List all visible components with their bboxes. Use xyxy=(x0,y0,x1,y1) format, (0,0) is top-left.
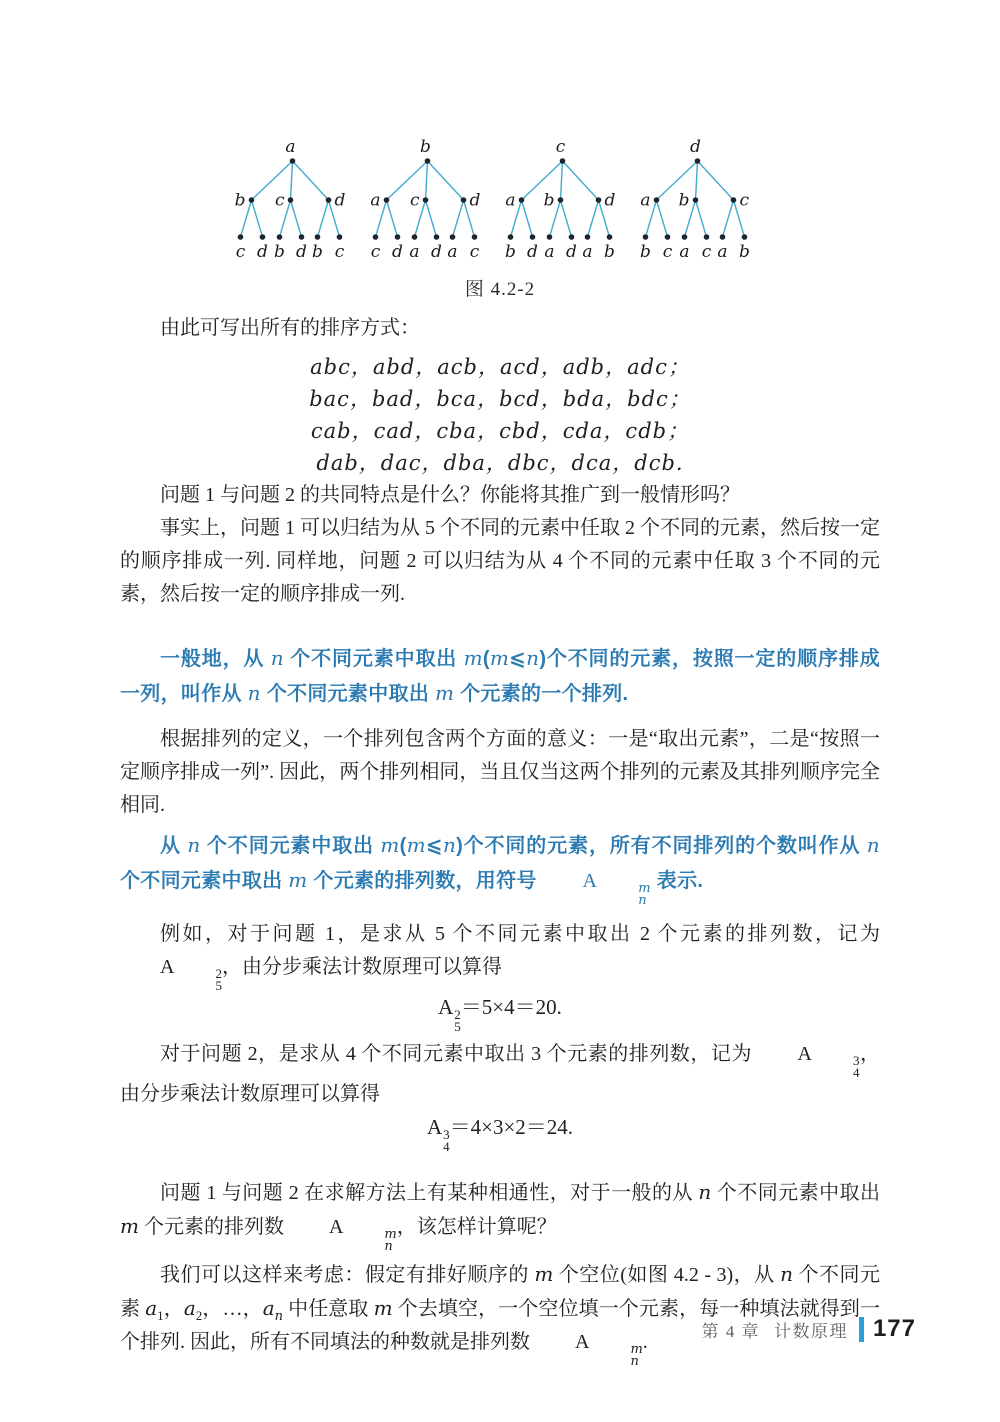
node-label: d xyxy=(566,242,577,262)
node-label: b xyxy=(544,191,555,211)
math-var: n xyxy=(443,833,456,857)
math-var: n xyxy=(248,681,261,705)
math-var: m xyxy=(435,681,454,705)
math-var: m xyxy=(490,646,509,670)
definition-permutation: 一般地，从 n 个不同元素中取出 m(m⩽n)个不同的元素，按照一定的顺序排成一… xyxy=(120,641,880,711)
math-var: m xyxy=(120,1214,139,1238)
page-content: 由此可写出所有的排序方式：abc，abd，acb，acd，adb，adc；bac… xyxy=(120,312,880,1367)
perm-row-2: bac，bad，bca，bcd，bda，bdc； xyxy=(120,383,880,415)
textbook-page: abcdcbddbcbacdcaddaccabdbaddabdabcbaccab… xyxy=(0,0,1000,1422)
formula-a43: A34＝4×3×2＝24. xyxy=(120,1111,880,1152)
text-run: 由此可写出所有的排序方式： xyxy=(160,317,420,339)
tree-nodes xyxy=(508,158,613,240)
node-label: b xyxy=(235,191,246,211)
tree-nodes xyxy=(373,158,478,240)
node-label: b xyxy=(420,138,431,157)
para-consider: 我们可以这样来考虑：假定有排好顺序的 m 个空位(如图 4.2 - 3)，从 n… xyxy=(120,1258,880,1367)
node-label: a xyxy=(640,191,650,211)
math-var: n xyxy=(867,833,880,857)
text-run: 个元素的排列数 xyxy=(139,1216,289,1238)
math-var-subscripted: an xyxy=(263,1298,283,1320)
perm-row-3: cab，cad，cba，cbd，cda，cdb； xyxy=(120,415,880,447)
text-run: 例如，对于问题 1，是求从 5 个不同元素中取出 2 个元素的排列数，记为 xyxy=(160,923,880,945)
text-run: 个元素的排列数，用符号 xyxy=(308,870,543,892)
perm-row-4: dab，dac，dba，dbc，dca，dcb. xyxy=(120,447,880,479)
node-label: d xyxy=(431,242,442,262)
node-label: b xyxy=(274,242,285,262)
node-label: a xyxy=(717,242,727,262)
text-run: 个不同元素中取出 xyxy=(201,835,381,857)
math-var: n xyxy=(780,1262,793,1286)
intro-line: 由此可写出所有的排序方式： xyxy=(120,312,880,345)
text-run: 个元素的一个排列. xyxy=(454,683,628,705)
node-label: a xyxy=(544,242,554,262)
node-label: c xyxy=(236,242,246,262)
node-label: c xyxy=(275,191,285,211)
math-permutation-symbol: A34 xyxy=(427,1111,450,1152)
para-fact: 事实上，问题 1 可以归结为从 5 个不同的元素中任取 2 个不同的元素，然后按… xyxy=(120,512,880,611)
node-label: c xyxy=(371,242,381,262)
text-run: ＝4×3×2＝24. xyxy=(450,1115,573,1139)
math-var-subscripted: a1 xyxy=(145,1298,163,1320)
text-run: 个空位(如图 4.2 - 3)，从 xyxy=(553,1264,780,1286)
math-var: n xyxy=(698,1180,711,1204)
math-permutation-symbol: A25 xyxy=(438,991,461,1032)
figure-caption: 图 4.2-2 xyxy=(0,274,1000,301)
node-label: c xyxy=(470,242,480,262)
para-example1: 例如，对于问题 1，是求从 5 个不同元素中取出 2 个元素的排列数，记为 A2… xyxy=(120,918,880,991)
text-run: 个不同元素中取出 xyxy=(261,683,435,705)
text-run: ＝5×4＝20. xyxy=(461,995,562,1019)
text-run: 一般地，从 xyxy=(160,648,271,670)
formula-a52: A25＝5×4＝20. xyxy=(120,991,880,1032)
text-run: 个不同元素中取出 xyxy=(711,1182,880,1204)
node-label: c xyxy=(740,191,750,211)
math-var: m xyxy=(288,868,307,892)
text-run: 表示. xyxy=(651,870,703,892)
math-var: cab，cad，cba，cbd，cda，cdb； xyxy=(311,419,689,443)
node-label: d xyxy=(257,242,268,262)
footer-divider-bar xyxy=(859,1317,864,1342)
math-permutation-symbol: Amn xyxy=(543,864,651,906)
tree-rooted-d: dabcbaccab xyxy=(640,138,750,262)
math-var: bac，bad，bca，bcd，bda，bdc； xyxy=(309,387,691,411)
tree-nodes xyxy=(643,158,748,240)
node-label: d xyxy=(605,191,616,211)
text-run: ⩽ xyxy=(509,648,526,670)
node-label: b xyxy=(505,242,516,262)
math-var-subscripted: a2 xyxy=(184,1298,202,1320)
math-permutation-symbol: A34 xyxy=(758,1038,860,1078)
node-label: a xyxy=(409,242,419,262)
para-meaning: 根据排列的定义，一个排列包含两个方面的意义：一是“取出元素”，二是“按照一定顺序… xyxy=(120,723,880,822)
node-label: c xyxy=(410,191,420,211)
footer-section-title: 计数原理 xyxy=(774,1317,848,1342)
para-commonality: 问题 1 与问题 2 在求解方法上有某种相通性，对于一般的从 n 个不同元素中取… xyxy=(120,1176,880,1252)
node-label: b xyxy=(312,242,323,262)
math-var: m xyxy=(464,646,483,670)
text-run: . xyxy=(643,1331,648,1353)
text-run: 事实上，问题 1 可以归结为从 5 个不同的元素中任取 2 个不同的元素，然后按… xyxy=(120,517,880,605)
node-label: a xyxy=(679,242,689,262)
text-run: 问题 1 与问题 2 的共同特点是什么？你能将其推广到一般情形吗？ xyxy=(160,484,740,506)
figure-4-2-2-trees: abcdcbddbcbacdcaddaccabdbaddabdabcbaccab xyxy=(225,138,765,266)
node-label: d xyxy=(335,191,346,211)
node-label: b xyxy=(604,242,615,262)
node-label: c xyxy=(335,242,345,262)
footer-chapter: 第 4 章 xyxy=(701,1317,760,1342)
math-permutation-symbol: Amn xyxy=(535,1326,643,1367)
node-label: c xyxy=(556,138,566,157)
text-run: 我们可以这样来考虑：假定有排好顺序的 xyxy=(160,1264,534,1286)
text-run: ，该怎样计算呢？ xyxy=(397,1216,557,1238)
math-var: n xyxy=(526,646,539,670)
math-var: abc，abd，acb，acd，adb，adc； xyxy=(310,355,690,379)
tree-nodes xyxy=(238,158,343,240)
text-run: 中任意取 xyxy=(283,1298,374,1320)
text-run: 对于问题 2，是求从 4 个不同元素中取出 3 个元素的排列数，记为 xyxy=(160,1043,758,1065)
perm-row-1: abc，abd，acb，acd，adb，adc； xyxy=(120,351,880,383)
para-common-question: 问题 1 与问题 2 的共同特点是什么？你能将其推广到一般情形吗？ xyxy=(120,479,880,512)
math-var: m xyxy=(534,1262,553,1286)
footer-page-number: 177 xyxy=(873,1315,916,1343)
text-run: 问题 1 与问题 2 在求解方法上有某种相通性，对于一般的从 xyxy=(160,1182,698,1204)
text-run: 个不同元素中取出 xyxy=(120,870,288,892)
tree-rooted-a: abcdcbddbc xyxy=(235,138,346,262)
text-run: ，…， xyxy=(202,1298,262,1320)
node-label: d xyxy=(470,191,481,211)
text-run: ， xyxy=(164,1298,184,1320)
node-label: a xyxy=(285,138,295,157)
text-run: 从 xyxy=(160,835,187,857)
page-footer: 第 4 章 计数原理 177 xyxy=(701,1315,916,1343)
tree-rooted-c: cabdbaddab xyxy=(505,138,615,262)
text-run: ，由分步乘法计数原理可以算得 xyxy=(222,956,502,978)
math-permutation-symbol: Amn xyxy=(289,1211,397,1252)
math-var: n xyxy=(271,646,284,670)
para-example2: 对于问题 2，是求从 4 个不同元素中取出 3 个元素的排列数，记为 A34，由… xyxy=(120,1038,880,1111)
text-run: 个不同元素中取出 xyxy=(284,648,464,670)
text-run: )个不同的元素，所有不同排列的个数叫作从 xyxy=(456,835,867,857)
node-label: d xyxy=(527,242,538,262)
node-label: d xyxy=(296,242,307,262)
text-run: 根据排列的定义，一个排列包含两个方面的意义：一是“取出元素”，二是“按照一定顺序… xyxy=(120,728,880,816)
node-label: a xyxy=(447,242,457,262)
text-run: ( xyxy=(483,648,490,670)
math-var: m xyxy=(380,833,399,857)
node-label: a xyxy=(505,191,515,211)
node-label: a xyxy=(370,191,380,211)
node-label: c xyxy=(663,242,673,262)
math-var: m xyxy=(374,1296,393,1320)
definition-permutation-number: 从 n 个不同元素中取出 m(m⩽n)个不同的元素，所有不同排列的个数叫作从 n… xyxy=(120,828,880,906)
node-label: d xyxy=(690,138,701,157)
math-var: n xyxy=(187,833,200,857)
node-label: b xyxy=(640,242,651,262)
node-label: c xyxy=(702,242,712,262)
math-var: m xyxy=(407,833,426,857)
text-run: ( xyxy=(400,835,407,857)
text-run: ⩽ xyxy=(426,835,443,857)
node-label: b xyxy=(679,191,690,211)
node-label: d xyxy=(392,242,403,262)
tree-rooted-b: bacdcaddac xyxy=(370,138,480,262)
node-label: b xyxy=(739,242,750,262)
node-label: a xyxy=(582,242,592,262)
math-var: dab，dac，dba，dbc，dca，dcb. xyxy=(316,451,683,475)
math-permutation-symbol: A25 xyxy=(120,951,222,991)
